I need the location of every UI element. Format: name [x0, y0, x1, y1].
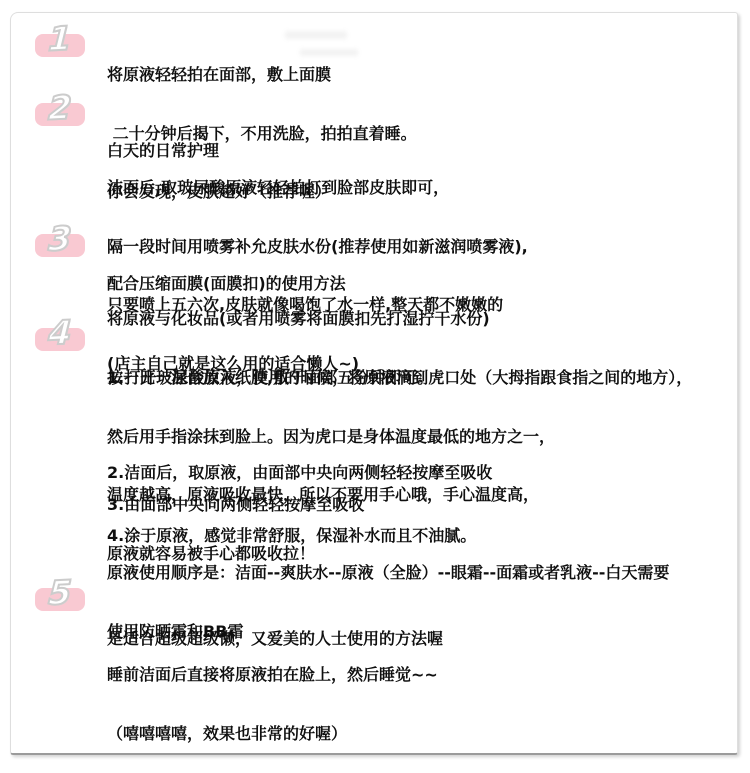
step-3-badge: 3	[35, 234, 85, 257]
step-4-number: 4	[34, 315, 86, 352]
text-line: 原液使用顺序是：洁面--爽肤水--原液（全脸）--眼霜--面霜或者乳液--白天需…	[107, 563, 669, 583]
step-2-number: 2	[34, 90, 86, 127]
step-1-number: 1	[34, 21, 86, 58]
step-4-badge: 4	[35, 328, 85, 351]
step-2-badge: 2	[35, 103, 85, 126]
step-5-text: 睡前洁面后直接将原液拍在脸上，然后睡觉~~ （嘻嘻嘻嘻，效果也非常的好喔）	[107, 626, 438, 763]
text-line: 将原液轻轻拍在面部，敷上面膜	[107, 65, 417, 85]
step-5-number: 5	[34, 575, 86, 612]
instruction-page: { "page": { "background": "#ffffff", "ca…	[0, 0, 750, 773]
step-1-badge: 1	[35, 34, 85, 57]
text-line: （嘻嘻嘻嘻，效果也非常的好喔）	[107, 724, 438, 744]
step-3-number: 3	[34, 221, 86, 258]
text-line: 将原液与化妆品(或者用喷雾将面膜扣先打湿拧干水份)	[107, 309, 490, 329]
text-line: 睡前洁面后直接将原液拍在脸上，然后睡觉~~	[107, 665, 438, 685]
text-line: 洁面后,取玻尿酸原液轻轻拍打到脸部皮肤即可，	[107, 178, 528, 198]
step-5-badge: 5	[35, 588, 85, 611]
text-line: 1.打开玻尿酸原液，使用的时候，将原液滴到虎口处（大拇指跟食指之间的地方），	[107, 368, 692, 388]
